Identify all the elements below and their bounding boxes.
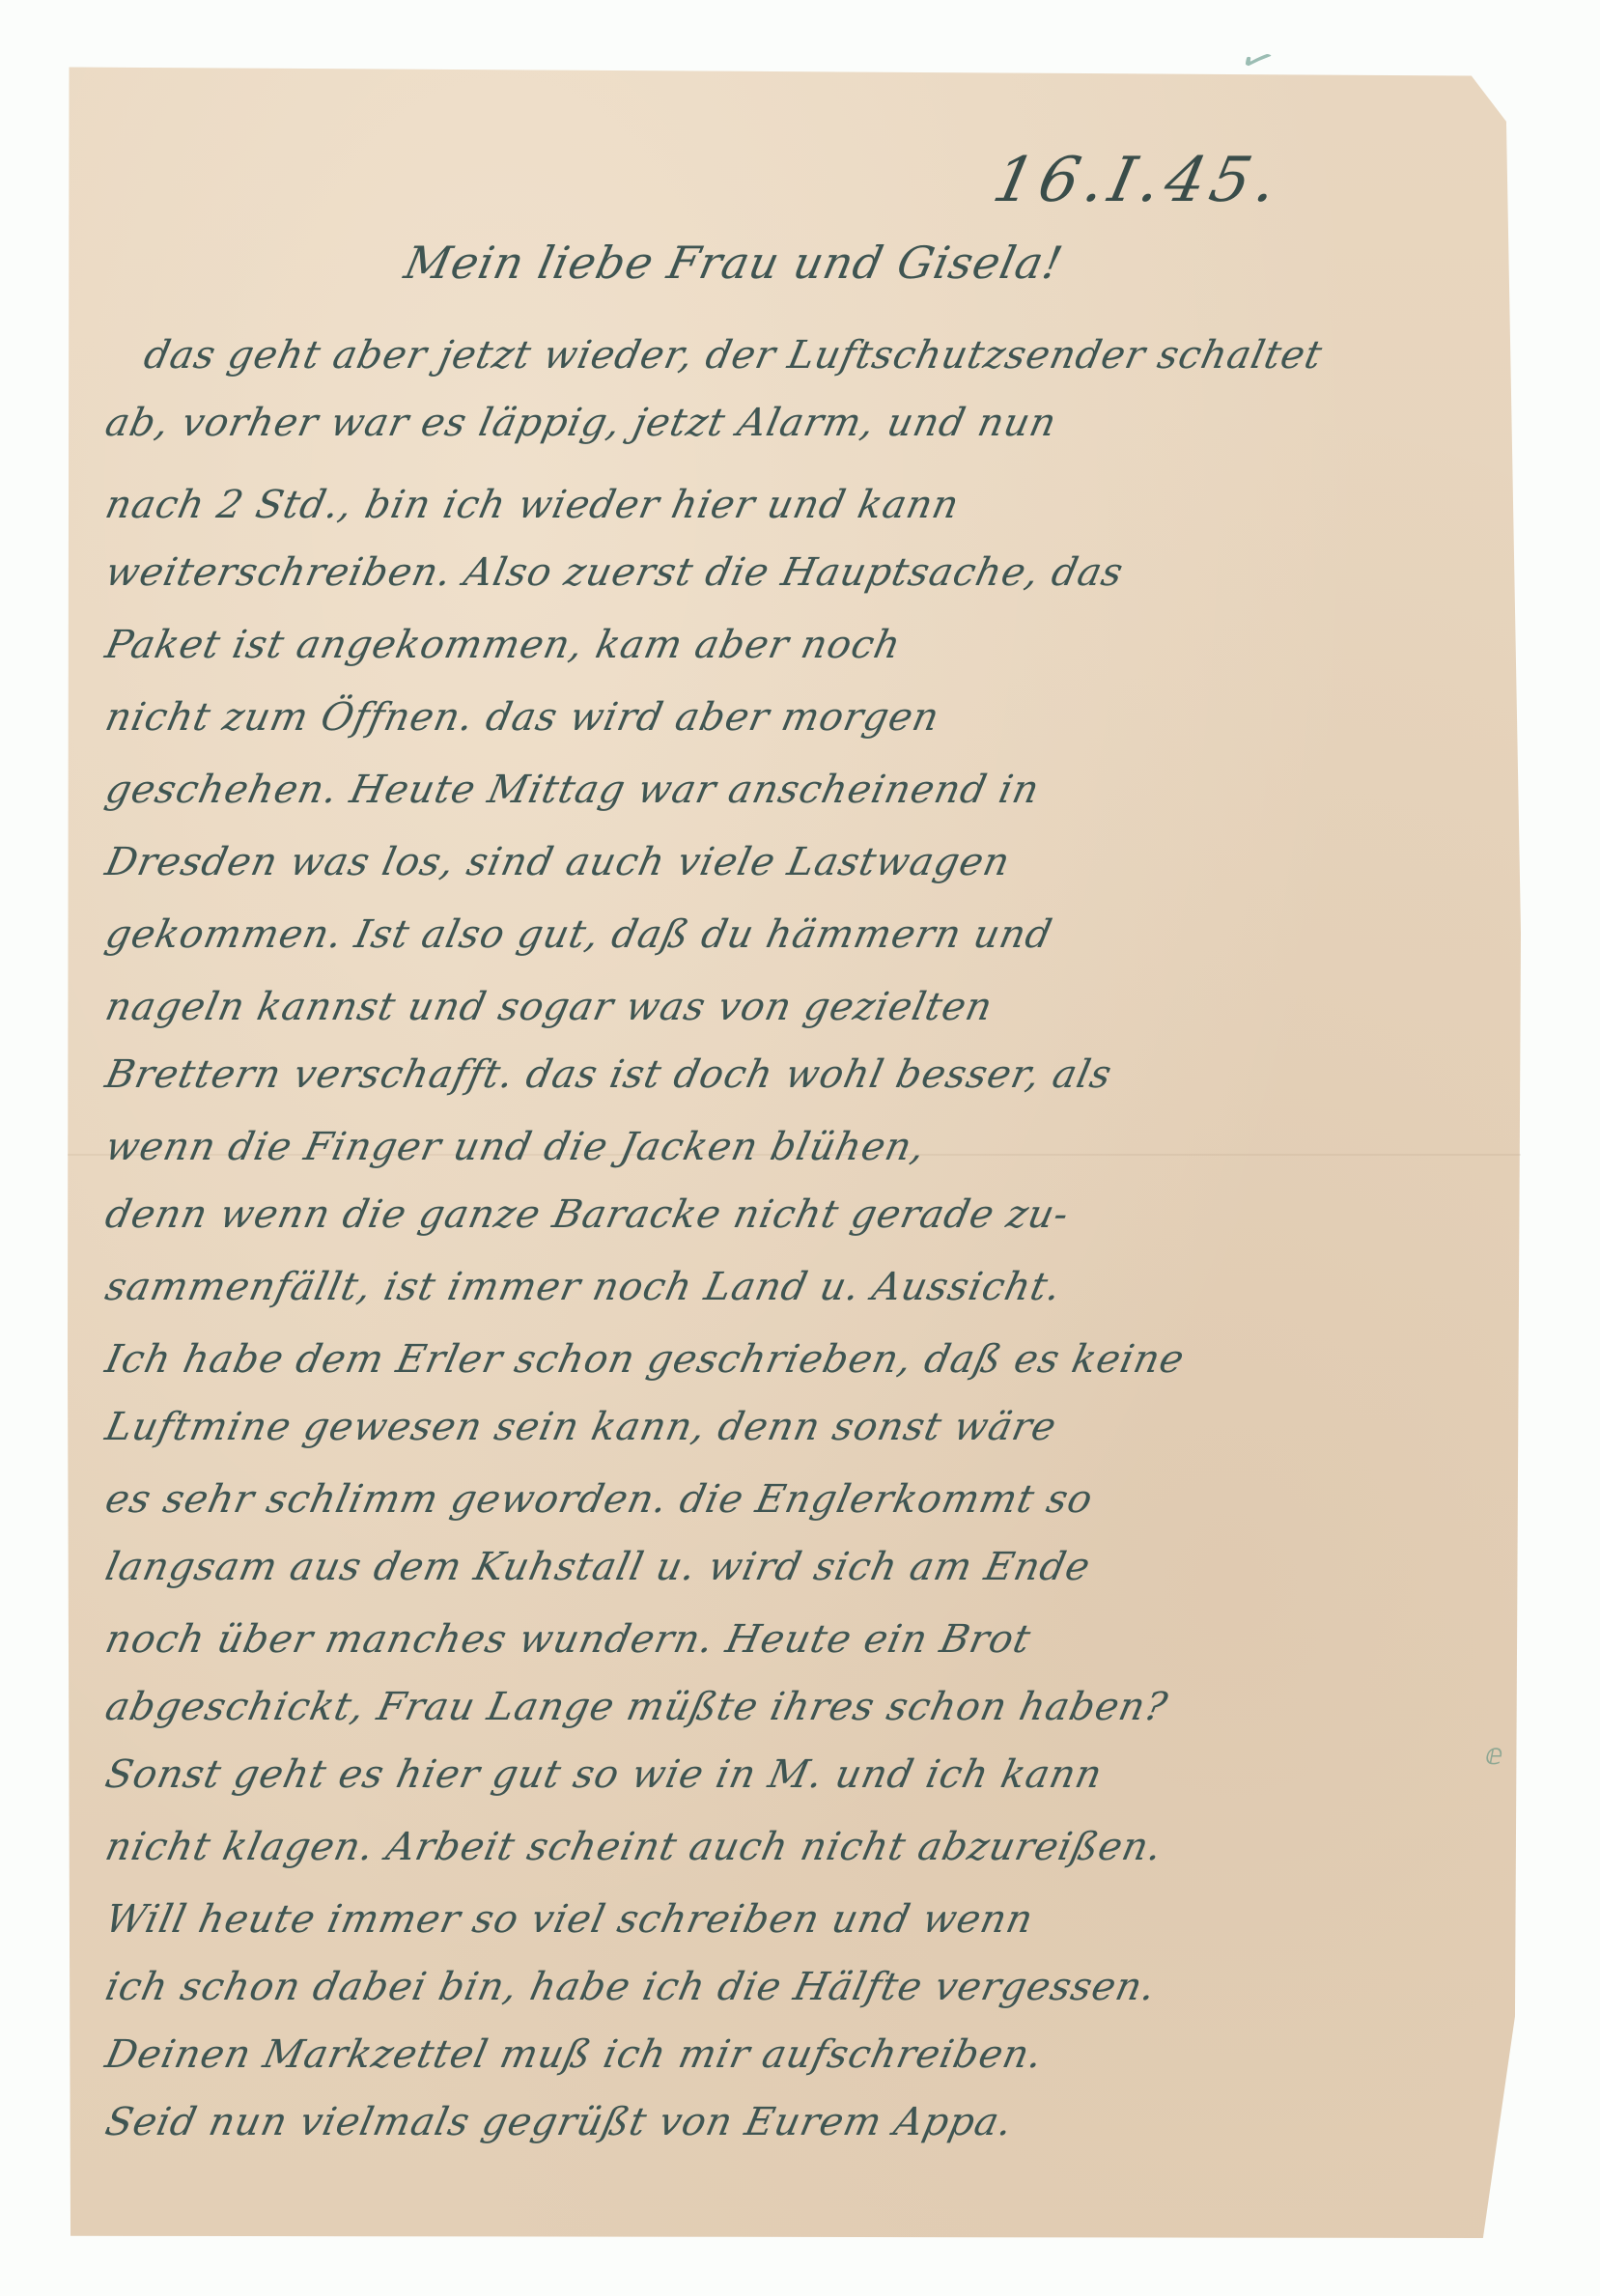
letter-line: ich schon dabei bin, habe ich die Hälfte… — [101, 1965, 1160, 2009]
letter-line: langsam aus dem Kuhstall u. wird sich am… — [101, 1545, 1094, 1589]
letter-line: Will heute immer so viel schreiben und w… — [101, 1897, 1037, 1942]
letter-line: nach 2 Std., bin ich wieder hier und kan… — [101, 483, 964, 527]
letter-line: noch über manches wundern. Heute ein Bro… — [101, 1617, 1035, 1662]
letter-line: wenn die Finger und die Jacken blühen, — [101, 1125, 930, 1169]
letter-line: abgeschickt, Frau Lange müßte ihres scho… — [101, 1685, 1171, 1729]
letter-line: weiterschreiben. Also zuerst die Hauptsa… — [101, 550, 1128, 595]
letter-date: 16.I.45. — [987, 145, 1289, 216]
letter-line: es sehr schlimm geworden. die Englerkomm… — [101, 1477, 1097, 1522]
letter-line: ab, vorher war es läppig, jetzt Alarm, u… — [101, 401, 1060, 445]
letter-line: Ich habe dem Erler schon geschrieben, da… — [101, 1337, 1189, 1382]
letter-line: Dresden was los, sind auch viele Lastwag… — [101, 840, 1014, 884]
letter-line: Sonst geht es hier gut so wie in M. und … — [101, 1752, 1107, 1797]
letter-line: Paket ist angekommen, kam aber noch — [101, 623, 905, 667]
letter-line: sammenfällt, ist immer noch Land u. Auss… — [101, 1265, 1065, 1309]
letter-line: Luftmine gewesen sein kann, denn sonst w… — [101, 1405, 1060, 1449]
letter-greeting: Mein liebe Frau und Gisela! — [400, 237, 1068, 289]
letter-line: nageln kannst und sogar was von gezielte… — [101, 985, 996, 1029]
letter-line: geschehen. Heute Mittag war anscheinend … — [101, 768, 1044, 812]
letter-line: Deinen Markzettel muß ich mir aufschreib… — [101, 2032, 1047, 2077]
letter-line: Seid nun vielmals gegrüßt von Eurem Appa… — [101, 2100, 1017, 2144]
letter-line: denn wenn die ganze Baracke nicht gerade… — [101, 1192, 1073, 1237]
letter-line: das geht aber jetzt wieder, der Luftschu… — [140, 333, 1327, 378]
letter-line: Brettern verschafft. das ist doch wohl b… — [101, 1052, 1116, 1097]
letter-line: gekommen. Ist also gut, daß du hämmern u… — [101, 912, 1056, 957]
ink-stamp-mark: ⅇ — [1485, 1738, 1502, 1772]
letter-line: nicht klagen. Arbeit scheint auch nicht … — [101, 1825, 1166, 1869]
letter-line: nicht zum Öffnen. das wird aber morgen — [101, 695, 943, 740]
